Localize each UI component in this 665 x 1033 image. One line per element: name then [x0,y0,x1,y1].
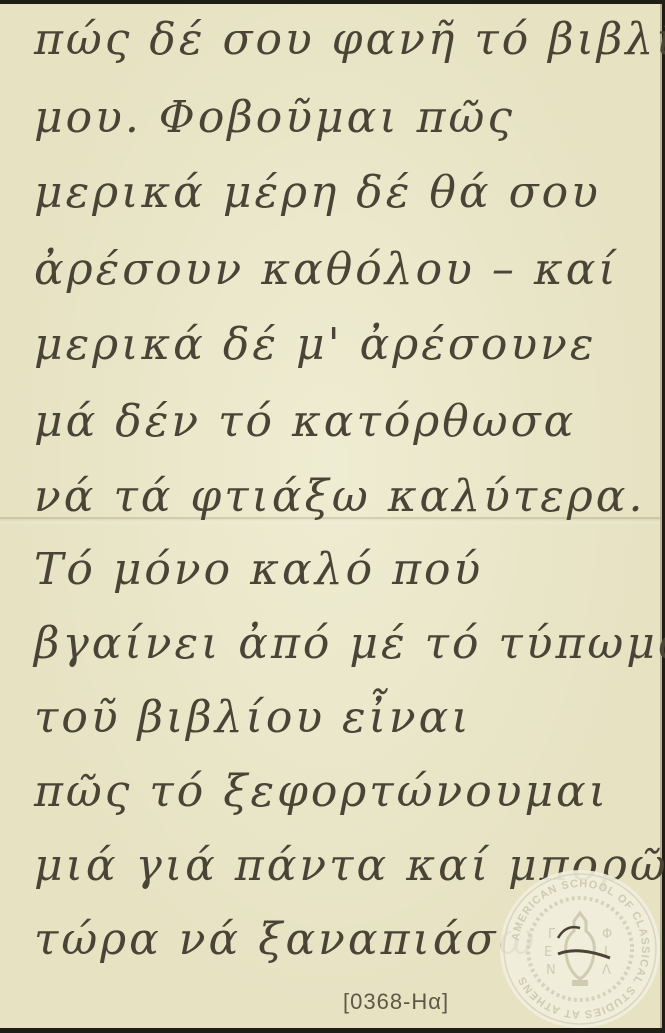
letter-line-11: πῶς τό ξεφορτώνουμαι [34,766,609,817]
letter-line-4: ἀρέσουν καθόλου – καί [34,244,619,295]
svg-text:Γ: Γ [548,927,556,942]
svg-text:Ν: Ν [546,963,556,978]
letter-line-5: μερικά δέ μ' ἀρέσουνε [34,319,596,370]
svg-text:Λ: Λ [602,963,611,978]
letter-line-1: πώς δέ σου φανῆ τό βιβλίο [34,14,665,65]
letter-line-13: τώρα νά ξαναπιάσω [34,914,537,965]
archive-id: [0368-Ηα] [343,989,449,1015]
letter-line-7: νά τά φτιάξω καλύτερα. [34,471,645,522]
library-seal-icon: AMERICAN SCHOOL OF CLASSICAL STUDIES AT … [498,868,662,1030]
letter-line-10: τοῦ βιβλίου εἶναι [34,692,472,743]
letter-line-6: μά δέν τό κατόρθωσα [34,396,576,447]
svg-text:Ε: Ε [544,945,552,960]
letter-line-2: μου. Φοβοῦμαι πῶς [34,92,515,143]
letter-line-8: Τό μόνο καλό πού [34,544,483,595]
letter-line-3: μερικά μέρη δέ θά σου [34,167,601,218]
letter-line-9: βγαίνει ἀπό μέ τό τύπωμα [34,618,665,669]
svg-text:Φ: Φ [602,927,612,942]
